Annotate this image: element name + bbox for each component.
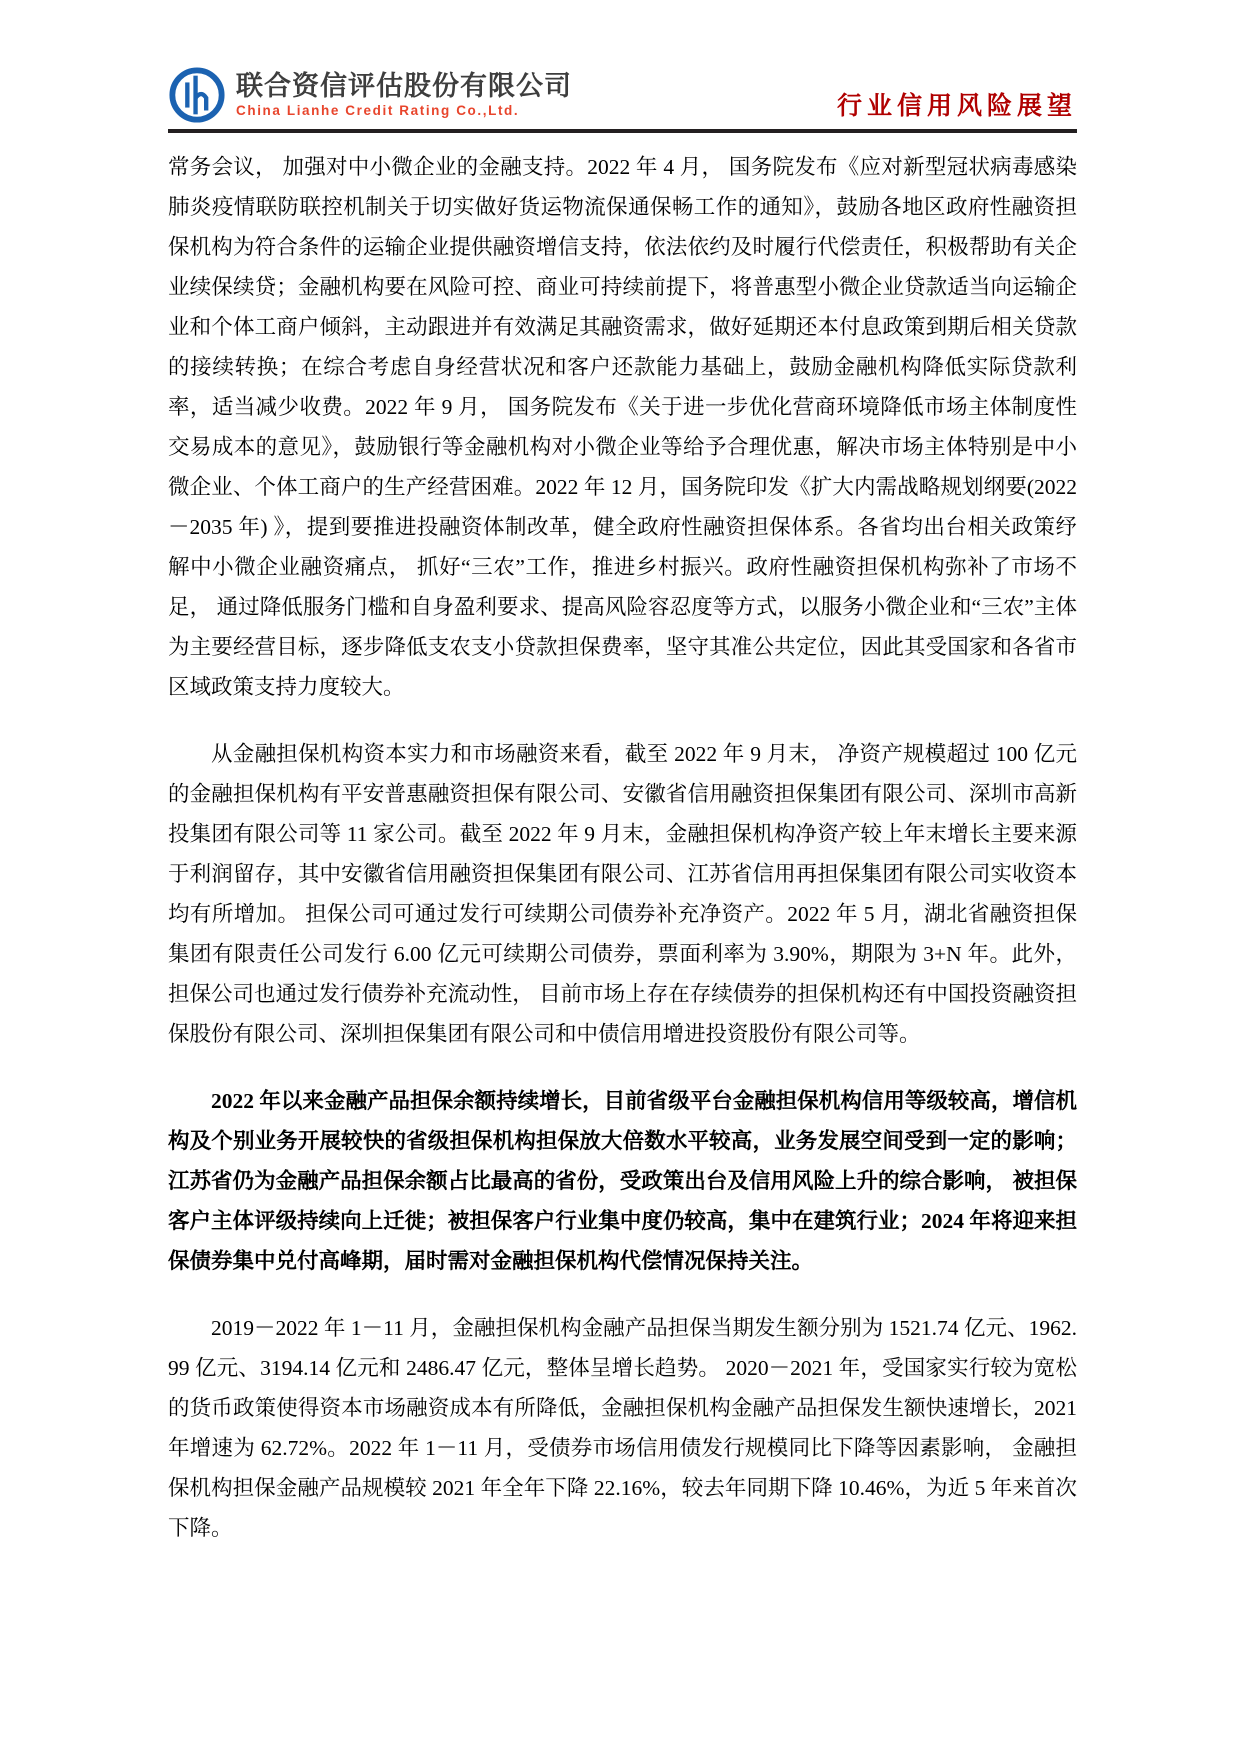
page-header: 联合资信评估股份有限公司 China Lianhe Credit Rating …: [168, 66, 1077, 124]
paragraph-guarantee-volume: 2019－2022 年 1－11 月，金融担保机构金融产品担保当期发生额分别为 …: [168, 1308, 1077, 1548]
company-name-cn: 联合资信评估股份有限公司: [236, 72, 572, 100]
company-name-block: 联合资信评估股份有限公司 China Lianhe Credit Rating …: [236, 72, 572, 118]
paragraph-capital-strength: 从金融担保机构资本实力和市场融资来看，截至 2022 年 9 月末， 净资产规模…: [168, 734, 1077, 1054]
report-series-title: 行业信用风险展望: [837, 86, 1077, 124]
paragraph-outlook-summary-bold: 2022 年以来金融产品担保余额持续增长，目前省级平台金融担保机构信用等级较高，…: [168, 1081, 1077, 1281]
paragraph-policy-support: 常务会议， 加强对中小微企业的金融支持。2022 年 4 月， 国务院发布《应对…: [168, 147, 1077, 707]
report-page: 联合资信评估股份有限公司 China Lianhe Credit Rating …: [0, 0, 1240, 1754]
lianhe-logo-icon: [168, 66, 226, 124]
document-body: 常务会议， 加强对中小微企业的金融支持。2022 年 4 月， 国务院发布《应对…: [168, 147, 1077, 1548]
company-name-en: China Lianhe Credit Rating Co.,Ltd.: [236, 104, 572, 118]
header-divider-rule: [168, 129, 1077, 133]
company-logo: 联合资信评估股份有限公司 China Lianhe Credit Rating …: [168, 66, 572, 124]
